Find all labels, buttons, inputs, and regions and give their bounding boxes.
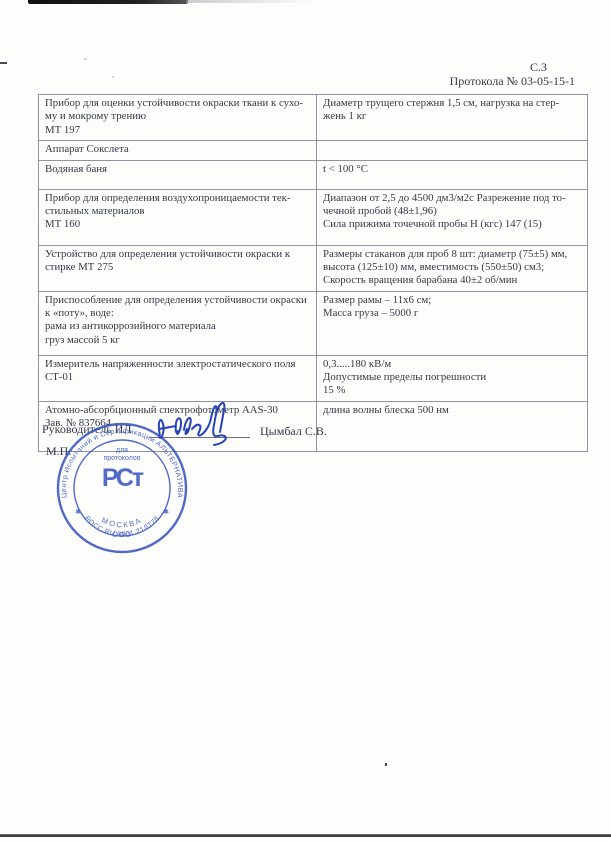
table-row: Прибор для определения воздухопроницаемо…	[39, 189, 588, 245]
scan-artifact-left-dash	[0, 62, 7, 64]
equipment-spec-cell: Размеры стаканов для проб 8 шт: диаметр …	[317, 245, 588, 291]
equipment-name-cell: Приспособление для определения устойчиво…	[39, 291, 317, 355]
scan-artifact-top-band	[28, 0, 188, 4]
equipment-name-cell: Прибор для оценки устойчивости окраски т…	[39, 95, 317, 141]
equipment-spec-cell: t < 100 °C	[317, 160, 588, 189]
equipment-spec-cell: 0,3.....180 кВ/м Допустимые пределы погр…	[317, 355, 588, 401]
equipment-spec-cell: Диаметр трущего стержня 1,5 см, нагрузка…	[317, 95, 588, 141]
scan-artifact-bottom-edge	[0, 834, 611, 837]
table-row: Устройство для определения устойчивости …	[39, 245, 588, 291]
stamp-center-line1: для	[116, 447, 128, 454]
stamp-star-left: ✱	[75, 508, 81, 516]
equipment-spec-cell: длина волны блеска 500 нм	[317, 401, 588, 451]
table-row: Аппарат Сокслета	[39, 141, 588, 160]
equipment-table: Прибор для оценки устойчивости окраски т…	[38, 94, 588, 452]
round-stamp: Центр Испытаний и Сертификации АЛЬТЕРНАТ…	[52, 418, 192, 558]
stamp-star-right: ✱	[163, 508, 169, 516]
equipment-spec-cell: Диапазон от 2,5 до 4500 дм3/м2с Разрежен…	[317, 189, 588, 245]
equipment-name-cell: Водяная баня	[39, 160, 317, 189]
equipment-name-cell: Прибор для определения воздухопроницаемо…	[39, 189, 317, 245]
equipment-name-cell: Измеритель напряженности электростатичес…	[39, 355, 317, 401]
equipment-name-cell: Аппарат Сокслета	[39, 141, 317, 160]
table-row: Прибор для оценки устойчивости окраски т…	[39, 95, 588, 141]
stamp-city: МОСКВА	[100, 515, 144, 529]
signatory-name: Цымбал С.В.	[260, 424, 327, 439]
equipment-spec-cell: Размер рамы – 11х6 см; Масса груза – 500…	[317, 291, 588, 355]
equipment-name-cell: Устройство для определения устойчивости …	[39, 245, 317, 291]
scan-artifact-top-smudge	[186, 0, 316, 3]
scan-artifact-dot	[385, 763, 387, 766]
scanned-protocol-page: С.3 Протокола № 03-05-15-1 Прибор для оц…	[0, 0, 611, 842]
table-row: Приспособление для определения устойчиво…	[39, 291, 588, 355]
table-row: Водяная баня t < 100 °C	[39, 160, 588, 189]
page-header: С.3 Протокола № 03-05-15-1	[38, 60, 575, 89]
stamp-center-line2: протоколов	[103, 455, 140, 462]
stamp-rst-logo: РСт	[102, 464, 144, 492]
page-number: С.3	[38, 60, 575, 74]
protocol-number: Протокола № 03-05-15-1	[38, 74, 575, 88]
table-row: Измеритель напряженности электростатичес…	[39, 355, 588, 401]
equipment-spec-cell	[317, 141, 588, 160]
